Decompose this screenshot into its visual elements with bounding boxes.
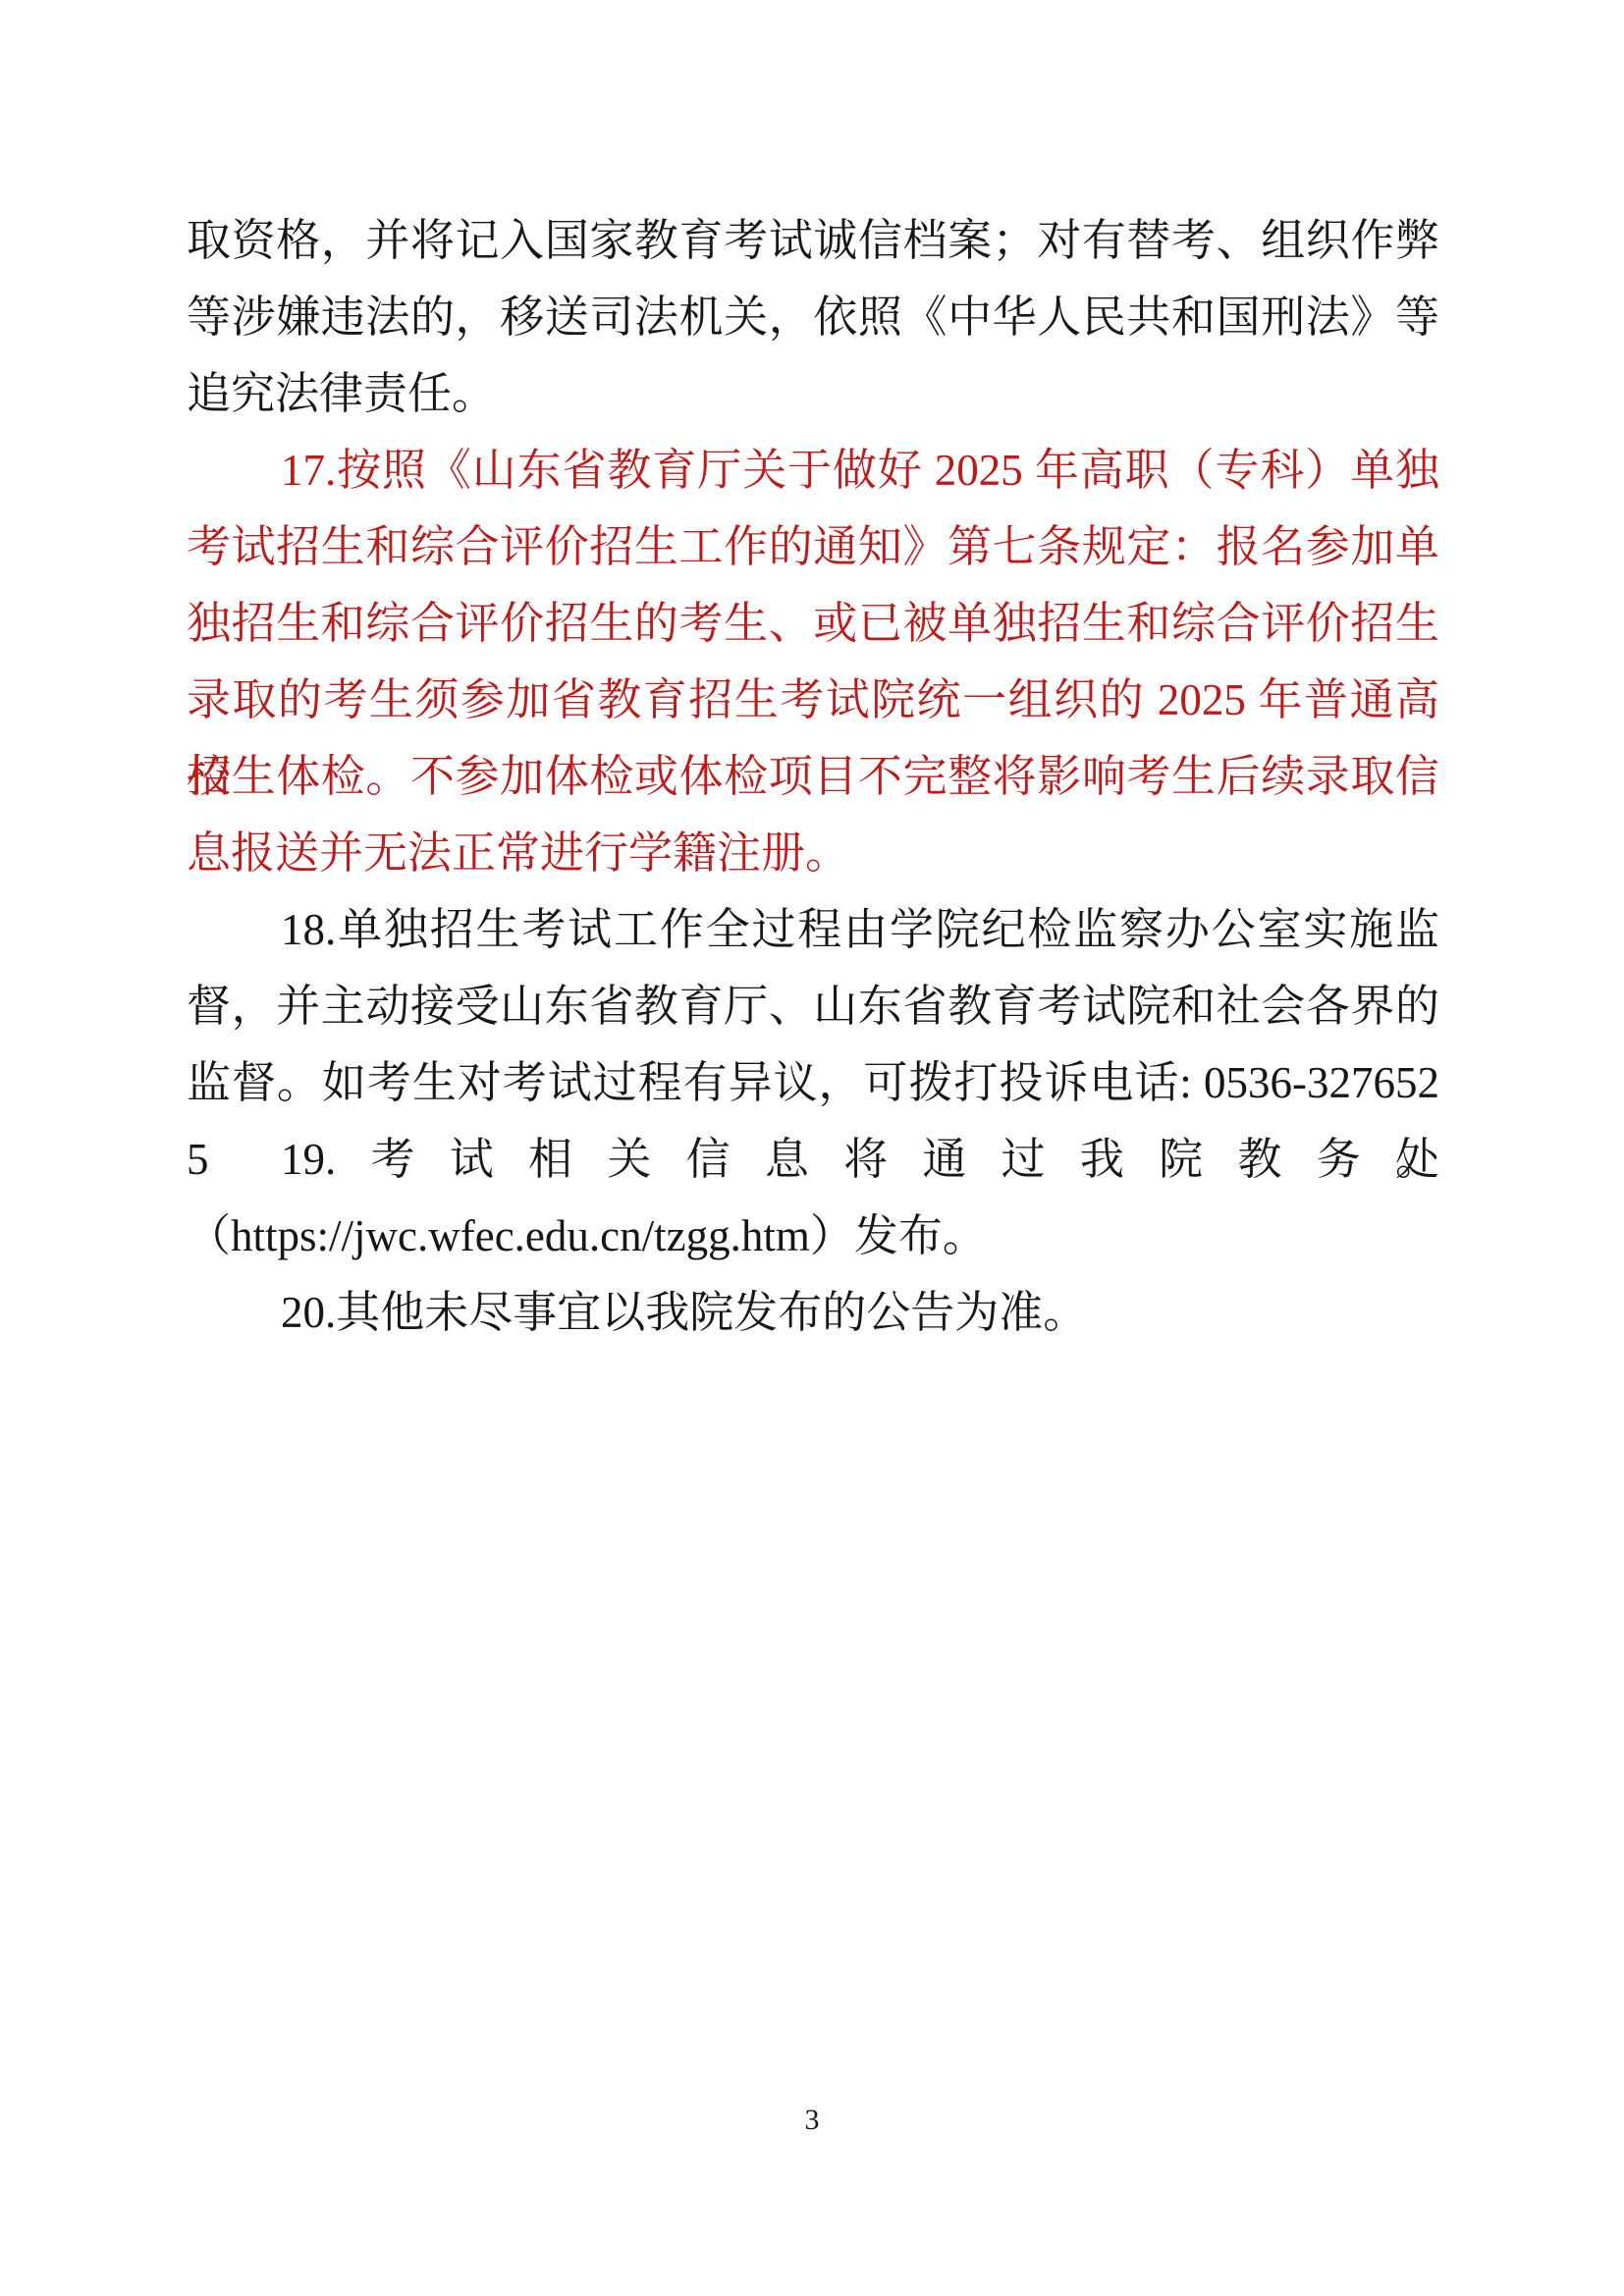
text-line: 19.考试相关信息将通过我院教务处 bbox=[187, 1121, 1439, 1198]
text-line: 取资格，并将记入国家教育考试诚信档案；对有替考、组织作弊 bbox=[187, 202, 1439, 279]
text-line: 录取的考生须参加省教育招生考试院统一组织的 2025 年普通高校 bbox=[187, 662, 1439, 738]
text-line: 17.按照《山东省教育厅关于做好 2025 年高职（专科）单独 bbox=[187, 432, 1439, 508]
text-line: 监督。如考生对考试过程有异议，可拨打投诉电话: 0536-3276525。 bbox=[187, 1044, 1439, 1121]
text-line: 督，并主动接受山东省教育厅、山东省教育考试院和社会各界的 bbox=[187, 968, 1439, 1044]
text-line: （https://jwc.wfec.edu.cn/tzgg.htm）发布。 bbox=[187, 1198, 1439, 1274]
document-page: 取资格，并将记入国家教育考试诚信档案；对有替考、组织作弊等涉嫌违法的，移送司法机… bbox=[0, 0, 1624, 2296]
text-line: 息报送并无法正常进行学籍注册。 bbox=[187, 815, 1439, 891]
text-line: 招生体检。不参加体检或体检项目不完整将影响考生后续录取信 bbox=[187, 738, 1439, 815]
text-line: 20.其他未尽事宜以我院发布的公告为准。 bbox=[187, 1274, 1439, 1351]
document-body: 取资格，并将记入国家教育考试诚信档案；对有替考、组织作弊等涉嫌违法的，移送司法机… bbox=[187, 202, 1439, 1351]
text-line: 18.单独招生考试工作全过程由学院纪检监察办公室实施监 bbox=[187, 891, 1439, 968]
text-line: 独招生和综合评价招生的考生、或已被单独招生和综合评价招生 bbox=[187, 585, 1439, 662]
text-line: 考试招生和综合评价招生工作的通知》第七条规定：报名参加单 bbox=[187, 508, 1439, 585]
page-footer: 3 bbox=[0, 2099, 1624, 2142]
text-line: 等涉嫌违法的，移送司法机关，依照《中华人民共和国刑法》等 bbox=[187, 279, 1439, 355]
text-line: 追究法律责任。 bbox=[187, 355, 1439, 432]
page-number: 3 bbox=[805, 2104, 820, 2136]
